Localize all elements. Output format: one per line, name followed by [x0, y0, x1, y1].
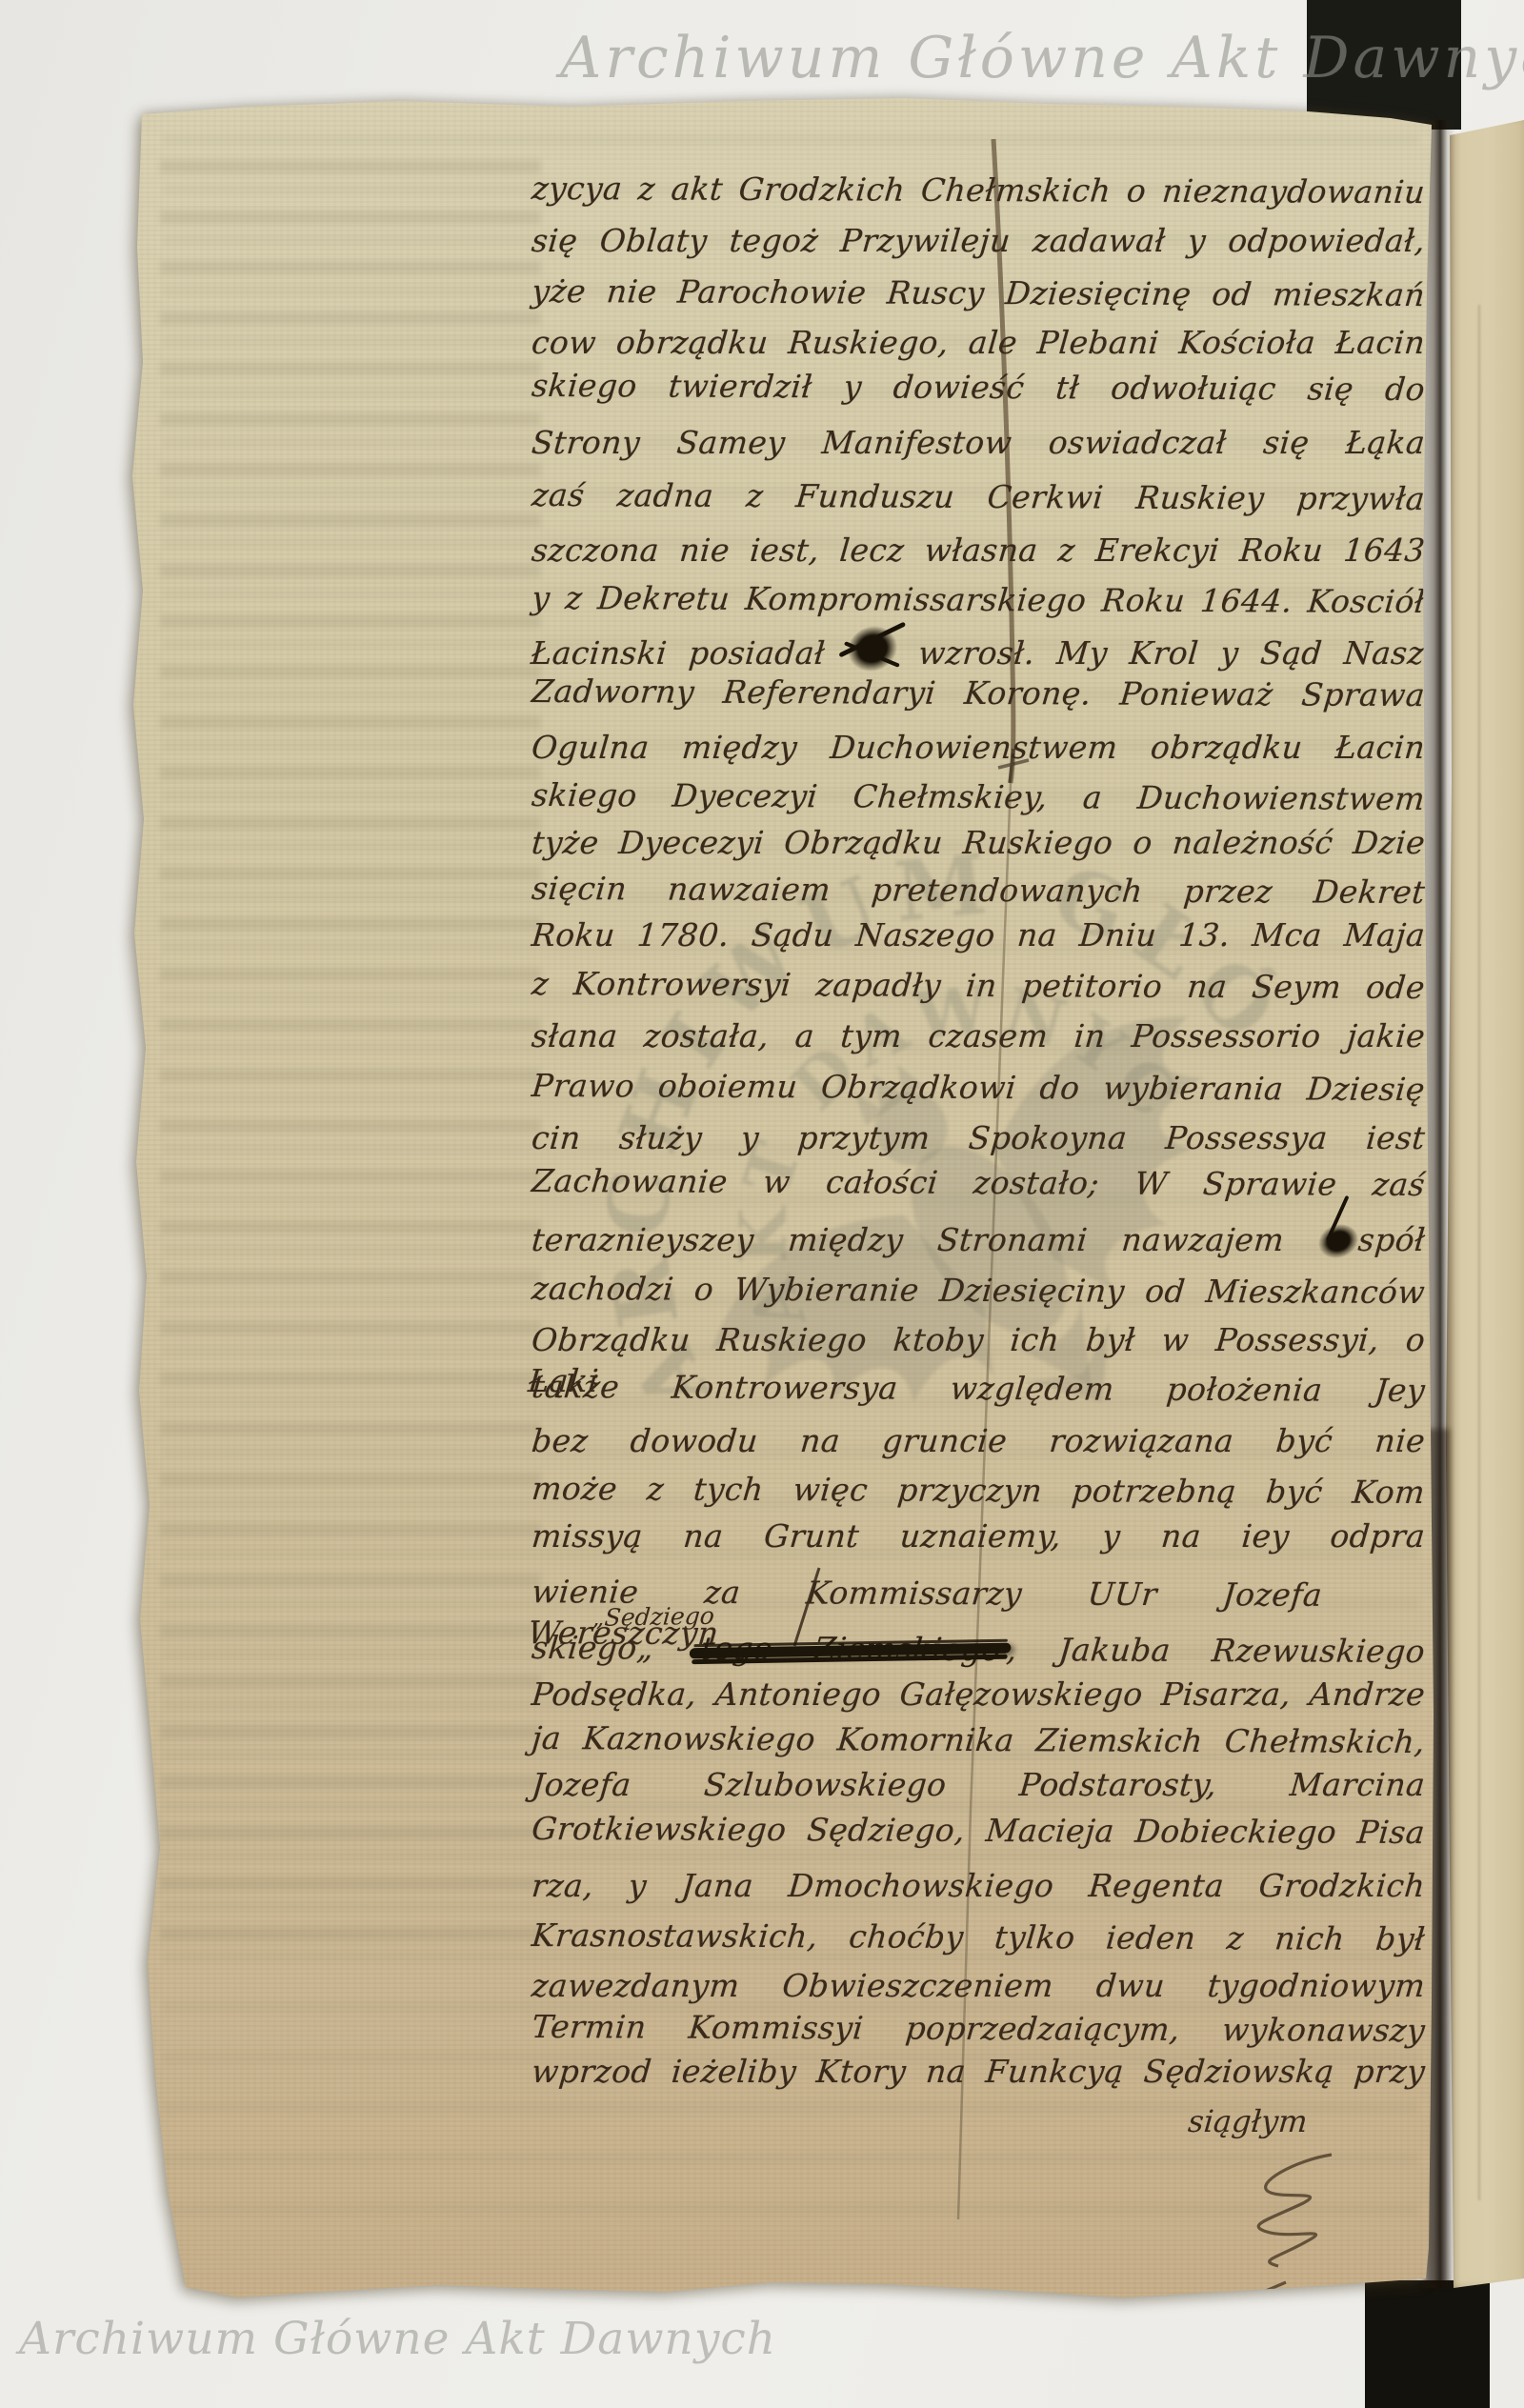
text-line: skiego Dyecezyi Chełmskiey, a Duchowiens…: [530, 775, 1427, 823]
interlinear-insertion: „Sędziego: [592, 1600, 804, 1632]
page-marks: [0, 0, 1524, 2408]
stamp-ring-text: ARCHIWUM GŁÓWNE: [514, 762, 1310, 1537]
text-line: zaś zadna z Funduszu Cerkwi Ruskiey przy…: [530, 475, 1427, 523]
text-line: może z tych więc przyczyn potrzebną być …: [530, 1469, 1427, 1516]
text-line: Zadworny Referendaryi Koronę. Ponieważ S…: [530, 672, 1427, 719]
text-line: sięcin nawzaiem pretendowanych przez Dek…: [530, 869, 1427, 916]
text-line: zawezdanym Obwieszczeniem dwu tygodniowy…: [530, 1966, 1427, 2010]
text-line: Prawo oboiemu Obrządkowi do wybierania D…: [530, 1066, 1427, 1114]
text-line: Termin Kommissyi poprzedzaiącym, wykonaw…: [530, 2007, 1427, 2055]
text-line: Grotkiewskiego Sędziego, Macieja Dobieck…: [530, 1809, 1427, 1856]
text-line: y z Dekretu Kompromissarskiego Roku 1644…: [530, 578, 1427, 626]
crease-cross-mark: [998, 749, 1029, 783]
stamp-inner-text: AKT DAWNYCH: [514, 762, 1201, 1531]
closing-word: siągłym: [1132, 2103, 1363, 2139]
text-line: rza, y Jana Dmochowskiego Regenta Grodzk…: [530, 1866, 1427, 1910]
text-line: missyą na Grunt uznaiemy, y na iey odpra: [530, 1516, 1427, 1560]
text-line: Roku 1780. Sądu Naszego na Dniu 13. Mca …: [530, 915, 1427, 959]
text-segment: teraznieyszey między Stronami nawzajem: [531, 1221, 1286, 1258]
text-line: z Kontrowersyi zapadły in petitorio na S…: [530, 964, 1427, 1012]
manuscript-page: ARCHIWUM GŁÓWNE AKT DAWNYCH: [0, 0, 1524, 2408]
handwritten-text: zycya z akt Grodzkich Chełmskich o niezn…: [0, 0, 1524, 2408]
text-line: wprzod ieżeliby Ktory na Funkcyą Sędziow…: [530, 2052, 1427, 2096]
text-line: Strony Samey Manifestow oswiadczał się Ł…: [530, 423, 1427, 467]
text-line: słana została, a tym czasem in Possessor…: [530, 1016, 1427, 1060]
text-line: zachodzi o Wybieranie Dziesięciny od Mie…: [530, 1269, 1427, 1316]
verso-bleed-through-faint: [162, 133, 1419, 2248]
text-line: wienie za Kommissarzy UUr Jozefa Wereszc…: [530, 1572, 1324, 1619]
archival-scan: { "scan": { "watermark_top": "Archiwum G…: [0, 0, 1524, 2408]
text-segment: wzrosł. My Krol y Sąd Nasz: [917, 634, 1427, 672]
text-line: Jozefa Szlubowskiego Podstarosty, Marcin…: [530, 1765, 1427, 1809]
text-segment: skiego„: [531, 1629, 655, 1667]
text-segment: Łacinski posiadał: [530, 634, 827, 672]
text-line: Obrządku Ruskiego ktoby ich był w Posses…: [530, 1320, 1427, 1364]
struck-out-text: tego Ziemskiego: [693, 1630, 1009, 1668]
text-line: tyże Dyecezyi Obrządku Ruskiego o należn…: [530, 823, 1427, 867]
fold-crease-upper: [993, 139, 1013, 783]
text-line: Krasnostawskich, choćby tylko ieden z ni…: [530, 1916, 1427, 1963]
text-line: cin służy y przytym Spokoyna Possessya i…: [530, 1118, 1427, 1162]
scan-watermark-bottom: Archiwum Główne Akt Dawnych: [19, 2313, 776, 2365]
text-line-with-blot: teraznieyszey między Stronami nawzajem s…: [530, 1220, 1427, 1264]
text-line: cow obrządku Ruskiego, ale Plebani Kości…: [530, 323, 1427, 367]
text-line-with-blot: Łacinski posiadał wzrosł. My Krol y Sąd …: [530, 626, 1427, 670]
stamp-eagle-icon: [635, 908, 1341, 1569]
agad-ghost-stamp: ARCHIWUM GŁÓWNE AKT DAWNYCH: [514, 762, 1448, 1696]
paraph-flourish: [1246, 2155, 1332, 2299]
text-line: szczona nie iest, lecz własna z Erekcyi …: [530, 531, 1427, 574]
verso-bleed-through: [160, 143, 541, 1972]
text-line: ja Kaznowskiego Komornika Ziemskich Cheł…: [530, 1718, 1427, 1766]
scan-watermark-top: Archiwum Główne Akt Dawnych: [560, 25, 1524, 91]
text-segment: , Jakuba Rzewuskiego: [1005, 1631, 1427, 1670]
text-line: Zachowanie w całości zostało; W Sprawie …: [530, 1161, 1427, 1209]
fold-crease-lower: [958, 783, 1011, 2219]
text-line: Podsędka, Antoniego Gałęzowskiego Pisarz…: [530, 1675, 1427, 1718]
text-line: yże nie Parochowie Ruscy Dziesięcinę od …: [530, 271, 1427, 319]
text-line: także Kontrowersya względem położenia Je…: [530, 1367, 1427, 1415]
text-line: skiego twierdził y dowieść tł odwołuiąc …: [530, 366, 1427, 413]
text-line: zycya z akt Grodzkich Chełmskich o niezn…: [530, 169, 1427, 216]
ink-blot: [846, 626, 899, 672]
insertion-caret-slash: [794, 1568, 819, 1646]
text-segment: spół: [1356, 1221, 1427, 1258]
text-line: Ogulna między Duchowienstwem obrządku Ła…: [530, 728, 1427, 772]
text-line: się Oblaty tegoż Przywileju zadawał y od…: [530, 221, 1427, 265]
text-line-with-strikethrough: skiego„ tego Ziemskiego, Jakuba Rzewuski…: [530, 1628, 1427, 1676]
paper-sheet: ARCHIWUM GŁÓWNE AKT DAWNYCH: [0, 0, 1524, 2408]
ink-blot: [1316, 1220, 1360, 1262]
text-line: bez dowodu na gruncie rozwiązana być nie: [530, 1421, 1427, 1465]
